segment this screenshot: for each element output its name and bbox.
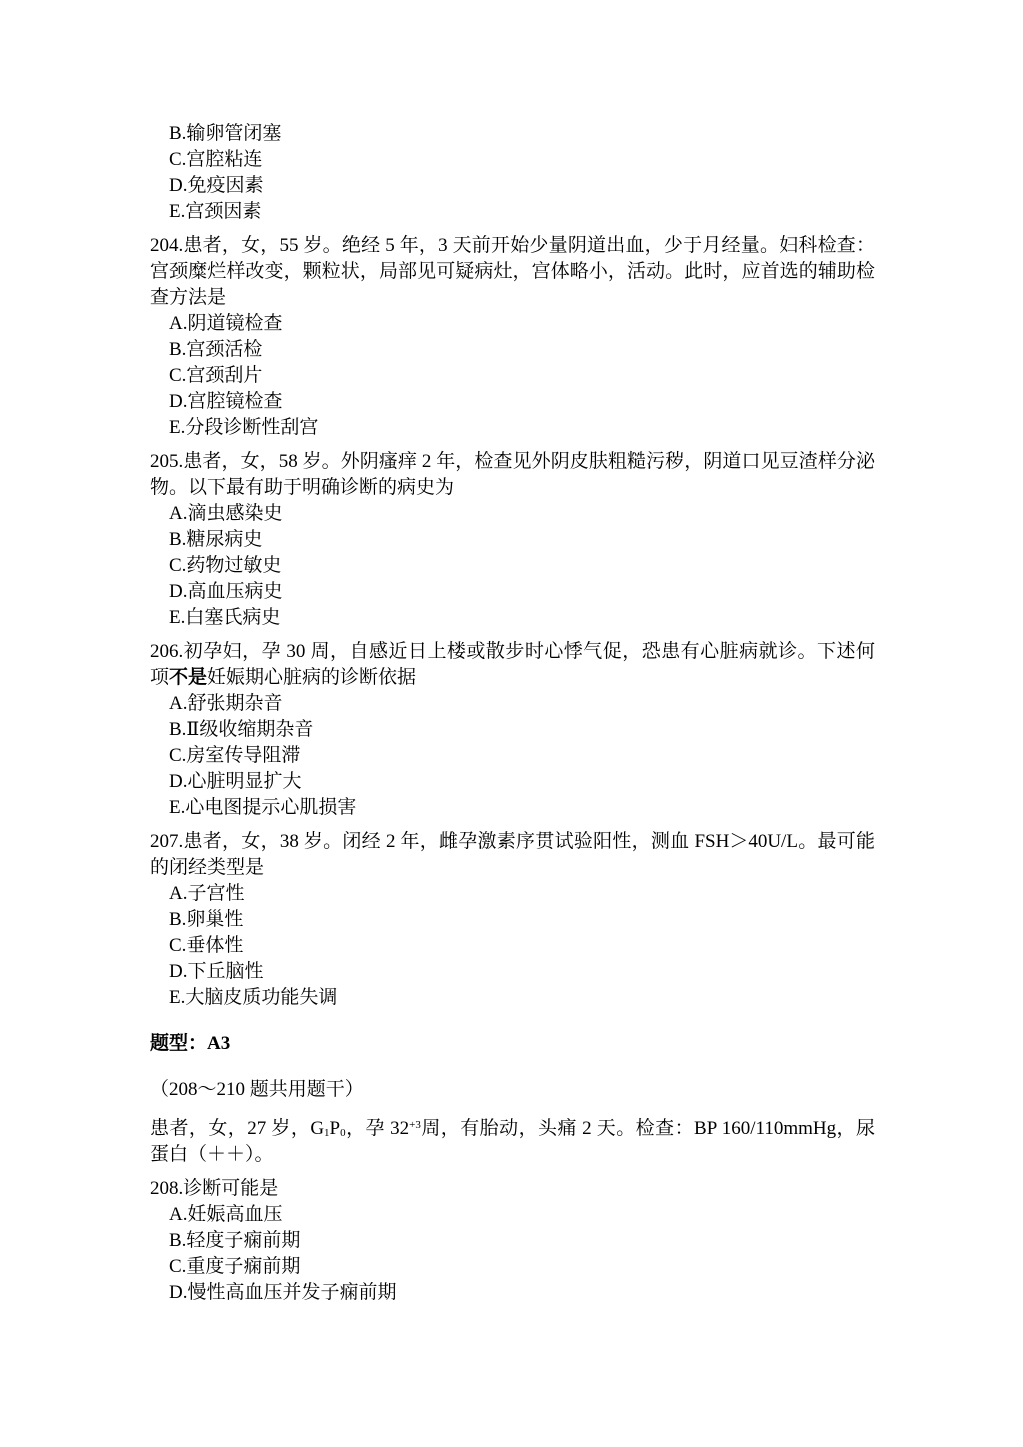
- question-207-block: 207.患者，女，38 岁。闭经 2 年，雌孕激素序贯试验阳性，测血 FSH＞4…: [150, 829, 875, 1011]
- answer-option: B.轻度子痫前期: [150, 1228, 875, 1254]
- answer-option: C.重度子痫前期: [150, 1254, 875, 1280]
- answer-option: C.药物过敏史: [150, 553, 875, 579]
- question-205-block: 205.患者，女，58 岁。外阴瘙痒 2 年，检查见外阴皮肤粗糙污秽，阴道口见豆…: [150, 449, 875, 631]
- answer-option: A.子宫性: [150, 881, 875, 907]
- answer-option: B.宫颈活检: [150, 337, 875, 363]
- shared-stem-header: （208～210 题共用题干）: [150, 1077, 875, 1103]
- answer-option: B.卵巢性: [150, 907, 875, 933]
- answer-option: B.Ⅱ级收缩期杂音: [150, 717, 875, 743]
- question-207-stem: 207.患者，女，38 岁。闭经 2 年，雌孕激素序贯试验阳性，测血 FSH＞4…: [150, 829, 875, 881]
- answer-option: C.宫颈刮片: [150, 363, 875, 389]
- answer-option: C.垂体性: [150, 933, 875, 959]
- question-208-block: 208.诊断可能是 A.妊娠高血压 B.轻度子痫前期 C.重度子痫前期 D.慢性…: [150, 1176, 875, 1306]
- answer-option: E.白塞氏病史: [150, 605, 875, 631]
- answer-option: A.妊娠高血压: [150, 1202, 875, 1228]
- answer-option: E.大脑皮质功能失调: [150, 985, 875, 1011]
- answer-option: E.宫颈因素: [150, 199, 875, 225]
- question-204-stem: 204.患者，女，55 岁。绝经 5 年，3 天前开始少量阴道出血，少于月经量。…: [150, 233, 875, 311]
- answer-option: D.免疫因素: [150, 173, 875, 199]
- answer-option: C.房室传导阻滞: [150, 743, 875, 769]
- answer-option: D.心脏明显扩大: [150, 769, 875, 795]
- answer-option: D.下丘脑性: [150, 959, 875, 985]
- question-206-block: 206.初孕妇，孕 30 周，自感近日上楼或散步时心悸气促，恐患有心脏病就诊。下…: [150, 639, 875, 821]
- answer-option: D.慢性高血压并发子痫前期: [150, 1280, 875, 1306]
- gestation-superscript: +3: [409, 1119, 421, 1131]
- answer-option: B.糖尿病史: [150, 527, 875, 553]
- exam-document-page: B.输卵管闭塞 C.宫腔粘连 D.免疫因素 E.宫颈因素 204.患者，女，55…: [0, 0, 875, 1306]
- answer-option: B.输卵管闭塞: [150, 121, 875, 147]
- answer-option: E.分段诊断性刮宫: [150, 415, 875, 441]
- answer-option: A.滴虫感染史: [150, 501, 875, 527]
- answer-option: C.宫腔粘连: [150, 147, 875, 173]
- stem-text: ，孕 32: [346, 1118, 410, 1139]
- stem-text: 妊娠期心脏病的诊断依据: [207, 667, 416, 688]
- shared-case-stem: 患者，女，27 岁，G1P0，孕 32+3周，有胎动，头痛 2 天。检查：BP …: [150, 1116, 875, 1168]
- answer-option: E.心电图提示心肌损害: [150, 795, 875, 821]
- stem-text: 患者，女，27 岁，G: [150, 1118, 324, 1139]
- question-206-stem: 206.初孕妇，孕 30 周，自感近日上楼或散步时心悸气促，恐患有心脏病就诊。下…: [150, 639, 875, 691]
- question-205-stem: 205.患者，女，58 岁。外阴瘙痒 2 年，检查见外阴皮肤粗糙污秽，阴道口见豆…: [150, 449, 875, 501]
- answer-option: A.舒张期杂音: [150, 691, 875, 717]
- answer-option: D.宫腔镜检查: [150, 389, 875, 415]
- answer-option: A.阴道镜检查: [150, 311, 875, 337]
- question-208-stem: 208.诊断可能是: [150, 1176, 875, 1202]
- stem-text: P: [330, 1118, 341, 1139]
- question-203-options-block: B.输卵管闭塞 C.宫腔粘连 D.免疫因素 E.宫颈因素: [150, 121, 875, 225]
- answer-option: D.高血压病史: [150, 579, 875, 605]
- question-204-block: 204.患者，女，55 岁。绝经 5 年，3 天前开始少量阴道出血，少于月经量。…: [150, 233, 875, 441]
- section-type-heading: 题型：A3: [150, 1031, 875, 1057]
- stem-bold-emphasis: 不是: [169, 667, 207, 688]
